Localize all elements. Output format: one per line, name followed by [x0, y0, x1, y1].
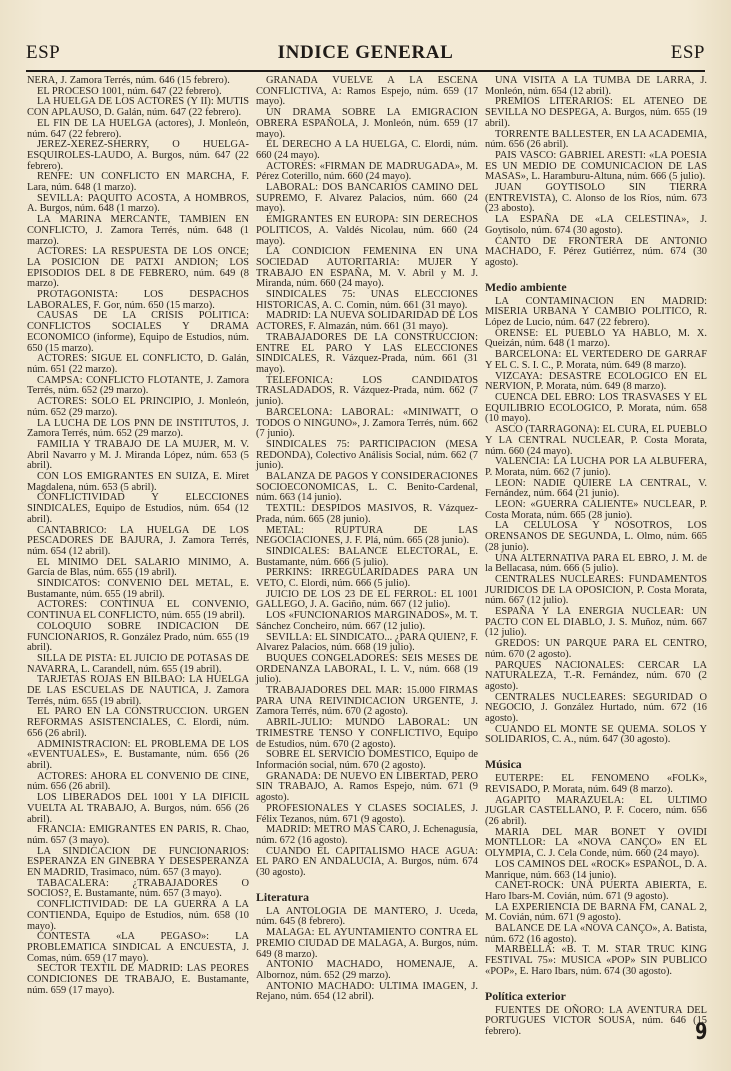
index-entry: UNA ALTERNATIVA PARA EL EBRO, J. M. de l… — [485, 554, 707, 575]
index-entry: SOBRE EL SERVICIO DOMESTICO, Equipo de I… — [256, 750, 478, 771]
section-heading: Medio ambiente — [485, 281, 707, 294]
index-entry: ACTORES: LA RESPUESTA DE LOS ONCE; LA PO… — [27, 247, 249, 290]
index-entry: CONFLICTIVIDAD Y ELECCIONES SINDICALES, … — [27, 493, 249, 525]
index-entry: JEREZ-XEREZ-SHERRY, O HUELGA-ESQUIROLES-… — [27, 140, 249, 172]
index-entry: LA SINDICACION DE FUNCIONARIOS: ESPERANZ… — [27, 847, 249, 879]
index-entry: BUQUES CONGELADORES: SEIS MESES DE ORDEN… — [256, 654, 478, 686]
index-entry: MALAGA: EL AYUNTAMIENTO CONTRA EL PREMIO… — [256, 928, 478, 960]
index-entry: ACTORES: CONTINUA EL CONVENIO, CONTINUA … — [27, 600, 249, 621]
index-entry: LA MARINA MERCANTE, TAMBIEN EN CONFLICTO… — [27, 215, 249, 247]
index-entry: PREMIOS LITERARIOS: EL ATENEO DE SEVILLA… — [485, 97, 707, 129]
section-heading: Música — [485, 758, 707, 771]
index-entry: LEON: NADIE QUIERE LA CENTRAL, V. Fernán… — [485, 479, 707, 500]
index-entry: JUAN GOYTISOLO SIN TIERRA (ENTREVISTA), … — [485, 183, 707, 215]
index-entry: MARBELLA: «B. T. M. STAR TRUC KING FESTI… — [485, 945, 707, 977]
index-entry: VALENCIA: LA LUCHA POR LA ALBUFERA, P. M… — [485, 457, 707, 478]
index-entry: ESPAÑA Y LA ENERGIA NUCLEAR: UN PACTO CO… — [485, 607, 707, 639]
index-entry: BALANZA DE PAGOS Y CONSIDERACIONES SOCIO… — [256, 472, 478, 504]
index-entry: FUENTES DE OÑORO: LA AVENTURA DEL PORTUG… — [485, 1006, 707, 1038]
index-entry: SINDICALES: BALANCE ELECTORAL, E. Bustam… — [256, 547, 478, 568]
index-entry: CANET-ROCK: UNA PUERTA ABIERTA, E. Haro … — [485, 881, 707, 902]
index-entry: SECTOR TEXTIL DE MADRID: LAS PEORES COND… — [27, 964, 249, 996]
index-entry: CENTRALES NUCLEARES: SEGURIDAD O NEGOCIO… — [485, 693, 707, 725]
index-entry: BALANCE DE LA «NOVA CANÇO», A. Batista, … — [485, 924, 707, 945]
index-entry: GRANADA: DE NUEVO EN LIBERTAD, PERO SIN … — [256, 772, 478, 804]
index-entry: SINDICATOS: CONVENIO DEL METAL, E. Busta… — [27, 579, 249, 600]
index-entry: LA CELULOSA Y NOSOTROS, LOS ORENSANOS DE… — [485, 521, 707, 553]
index-entry: CUANDO EL MONTE SE QUEMA. SOLOS Y SOLIDA… — [485, 725, 707, 746]
header-left-code: ESP — [26, 42, 60, 64]
index-entry: TEXTIL: DESPIDOS MASIVOS, R. Vázquez-Pra… — [256, 504, 478, 525]
index-entry: LA HUELGA DE LOS ACTORES (Y II): MUTIS C… — [27, 97, 249, 118]
index-entry: CUENCA DEL EBRO: LOS TRASVASES Y EL EQUI… — [485, 393, 707, 425]
index-entry: MADRID: LA NUEVA SOLIDARIDAD DE LOS ACTO… — [256, 311, 478, 332]
index-entry: PROTAGONISTA: LOS DESPACHOS LABORALES, F… — [27, 290, 249, 311]
index-entry: EUTERPE: EL FENOMENO «FOLK», REVISADO, P… — [485, 774, 707, 795]
column-right: UNA VISITA A LA TUMBA DE LARRA, J. Monle… — [485, 76, 707, 1036]
index-entry: EL MINIMO DEL SALARIO MINIMO, A. García … — [27, 558, 249, 579]
header-right-code: ESP — [671, 42, 705, 64]
index-entry: TELEFONICA: LOS CANDIDATOS TRASLADADOS, … — [256, 376, 478, 408]
index-entry: CANTO DE FRONTERA DE ANTONIO MACHADO, F.… — [485, 237, 707, 269]
column-middle: GRANADA VUELVE A LA ESCENA CONFLICTIVA, … — [256, 76, 478, 1036]
index-entry: LOS LIBERADOS DEL 1001 Y LA DIFICIL VUEL… — [27, 793, 249, 825]
index-entry: METAL: RUPTURA DE LAS NEGOCIACIONES, J. … — [256, 526, 478, 547]
index-entry: LA CONTAMINACION EN MADRID: MISERIA URBA… — [485, 297, 707, 329]
index-entry: TARJETAS ROJAS EN BILBAO: LA HUELGA DE L… — [27, 675, 249, 707]
index-entry: ABRIL-JULIO: MUNDO LABORAL: UN TRIMESTRE… — [256, 718, 478, 750]
index-columns: NERA, J. Zamora Terrés, núm. 646 (15 feb… — [27, 76, 707, 1036]
index-entry: CAMPSA: CONFLICTO FLOTANTE, J. Zamora Te… — [27, 376, 249, 397]
index-entry: ANTONIO MACHADO, HOMENAJE, A. Albornoz, … — [256, 960, 478, 981]
index-entry: PAIS VASCO: GABRIEL ARESTI: «LA POESIA E… — [485, 151, 707, 183]
index-entry: ADMINISTRACION: EL PROBLEMA DE LOS «EVEN… — [27, 740, 249, 772]
index-entry: EMIGRANTES EN EUROPA: SIN DERECHOS POLIT… — [256, 215, 478, 247]
index-entry: TORRENTE BALLESTER, EN LA ACADEMIA, núm.… — [485, 130, 707, 151]
index-entry: COLOQUIO SOBRE INDICACION DE FUNCIONARIO… — [27, 622, 249, 654]
index-entry: ACTORES: AHORA EL CONVENIO DE CINE, núm.… — [27, 772, 249, 793]
index-entry: ANTONIO MACHADO: ULTIMA IMAGEN, J. Rejan… — [256, 982, 478, 1003]
index-entry: PROFESIONALES Y CLASES SOCIALES, J. Féli… — [256, 804, 478, 825]
index-entry: EL DERECHO A LA HUELGA, C. Elordi, núm. … — [256, 140, 478, 161]
index-entry: LA CONDICION FEMENINA EN UNA SOCIEDAD AU… — [256, 247, 478, 290]
index-entry: LA LUCHA DE LOS PNN DE INSTITUTOS, J. Za… — [27, 419, 249, 440]
index-entry: UNA VISITA A LA TUMBA DE LARRA, J. Monle… — [485, 76, 707, 97]
index-entry: LA ANTOLOGIA DE MANTERO, J. Uceda, núm. … — [256, 907, 478, 928]
index-entry: SILLA DE PISTA: EL JUICIO DE POTASAS DE … — [27, 654, 249, 675]
index-entry: CAUSAS DE LA CRISIS POLITICA: CONFLICTOS… — [27, 311, 249, 354]
index-entry: TRABAJADORES DE LA CONSTRUCCION: ENTRE E… — [256, 333, 478, 376]
index-entry: LA EXPERIENCIA DE BARNA FM, CANAL 2, M. … — [485, 903, 707, 924]
index-entry: VIZCAYA: DESASTRE ECOLOGICO EN EL NERVIO… — [485, 372, 707, 393]
page-title: INDICE GENERAL — [278, 42, 454, 64]
index-entry: ACTORES: SIGUE EL CONFLICTO, D. Galán, n… — [27, 354, 249, 375]
index-entry: AGAPITO MARAZUELA: EL ULTIMO JUGLAR CAST… — [485, 796, 707, 828]
index-entry: MADRID: METRO MAS CARO, J. Echenagusía, … — [256, 825, 478, 846]
column-left: NERA, J. Zamora Terrés, núm. 646 (15 feb… — [27, 76, 249, 1036]
index-entry: RENFE: UN CONFLICTO EN MARCHA, F. Lara, … — [27, 172, 249, 193]
index-entry: TRABAJADORES DEL MAR: 15.000 FIRMAS PARA… — [256, 686, 478, 718]
magazine-index-page: ESP INDICE GENERAL ESP NERA, J. Zamora T… — [0, 0, 731, 1071]
index-entry: JUICIO DE LOS 23 DE EL FERROL: EL 1001 G… — [256, 590, 478, 611]
index-entry: CUANDO EL CAPITALISMO HACE AGUA: EL PARO… — [256, 847, 478, 879]
index-entry: GREDOS: UN PARQUE PARA EL CENTRO, núm. 6… — [485, 639, 707, 660]
section-heading: Política exterior — [485, 990, 707, 1003]
header-rule — [26, 70, 705, 72]
index-entry: PARQUES NACIONALES: CERCAR LA NATURALEZA… — [485, 661, 707, 693]
page-header: ESP INDICE GENERAL ESP — [26, 38, 705, 68]
index-entry: ASCO (TARRAGONA): EL CURA, EL PUEBLO Y L… — [485, 425, 707, 457]
index-entry: EL PARO EN LA CONSTRUCCION. URGEN REFORM… — [27, 707, 249, 739]
index-entry: SEVILLA: PAQUITO ACOSTA, A HOMBROS, A. B… — [27, 194, 249, 215]
index-entry: FRANCIA: EMIGRANTES EN PARIS, R. Chao, n… — [27, 825, 249, 846]
index-entry: CENTRALES NUCLEARES: FUNDAMENTOS JURIDIC… — [485, 575, 707, 607]
index-entry: ORENSE: EL PUEBLO YA HABLO, M. X. Queizá… — [485, 329, 707, 350]
index-entry: LA ESPAÑA DE «LA CELESTINA», J. Goytisol… — [485, 215, 707, 236]
index-entry: TABACALERA: ¿TRABAJADORES O SOCIOS?, E. … — [27, 879, 249, 900]
index-entry: ACTORES: SOLO EL PRINCIPIO, J. Monleón, … — [27, 397, 249, 418]
index-entry: EL FIN DE LA HUELGA (actores), J. Monleó… — [27, 119, 249, 140]
index-entry: CANTABRICO: LA HUELGA DE LOS PESCADORES … — [27, 526, 249, 558]
index-entry: MARIA DEL MAR BONET Y OVIDI MONTLLOR: LA… — [485, 828, 707, 860]
index-entry: FAMILIA Y TRABAJO DE LA MUJER, M. V. Abr… — [27, 440, 249, 472]
index-entry: ACTORES: «FIRMAN DE MADRUGADA», M. Pérez… — [256, 162, 478, 183]
index-entry: BARCELONA: EL VERTEDERO DE GARRAF Y EL C… — [485, 350, 707, 371]
section-heading: Literatura — [256, 891, 478, 904]
index-entry: SEVILLA: EL SINDICATO... ¿PARA QUIEN?, F… — [256, 633, 478, 654]
index-entry: LOS CAMINOS DEL «ROCK» ESPAÑOL, D. A. Ma… — [485, 860, 707, 881]
index-entry: LEON: «GUERRA CALIENTE» NUCLEAR, P. Cost… — [485, 500, 707, 521]
index-entry: LABORAL: DOS BANCARIOS CAMINO DEL SUPREM… — [256, 183, 478, 215]
index-entry: CON LOS EMIGRANTES EN SUIZA, E. Miret Ma… — [27, 472, 249, 493]
index-entry: GRANADA VUELVE A LA ESCENA CONFLICTIVA, … — [256, 76, 478, 108]
index-entry: PERKINS: IRREGULARIDADES PARA UN VETO, C… — [256, 568, 478, 589]
index-entry: SINDICALES 75: PARTICIPACION (MESA REDON… — [256, 440, 478, 472]
index-entry: LOS «FUNCIONARIOS MARGINADOS», M. T. Sán… — [256, 611, 478, 632]
index-entry: BARCELONA: LABORAL: «MINIWATT, O TODOS O… — [256, 408, 478, 440]
index-entry: SINDICALES 75: UNAS ELECCIONES HISTORICA… — [256, 290, 478, 311]
page-number: 9 — [695, 1020, 707, 1045]
index-entry: UN DRAMA SOBRE LA EMIGRACION OBRERA ESPA… — [256, 108, 478, 140]
index-entry: CONTESTA «LA PEGASO»: LA PROBLEMATICA SI… — [27, 932, 249, 964]
index-entry: CONFLICTIVIDAD: DE LA GUERRA A LA CONTIE… — [27, 900, 249, 932]
